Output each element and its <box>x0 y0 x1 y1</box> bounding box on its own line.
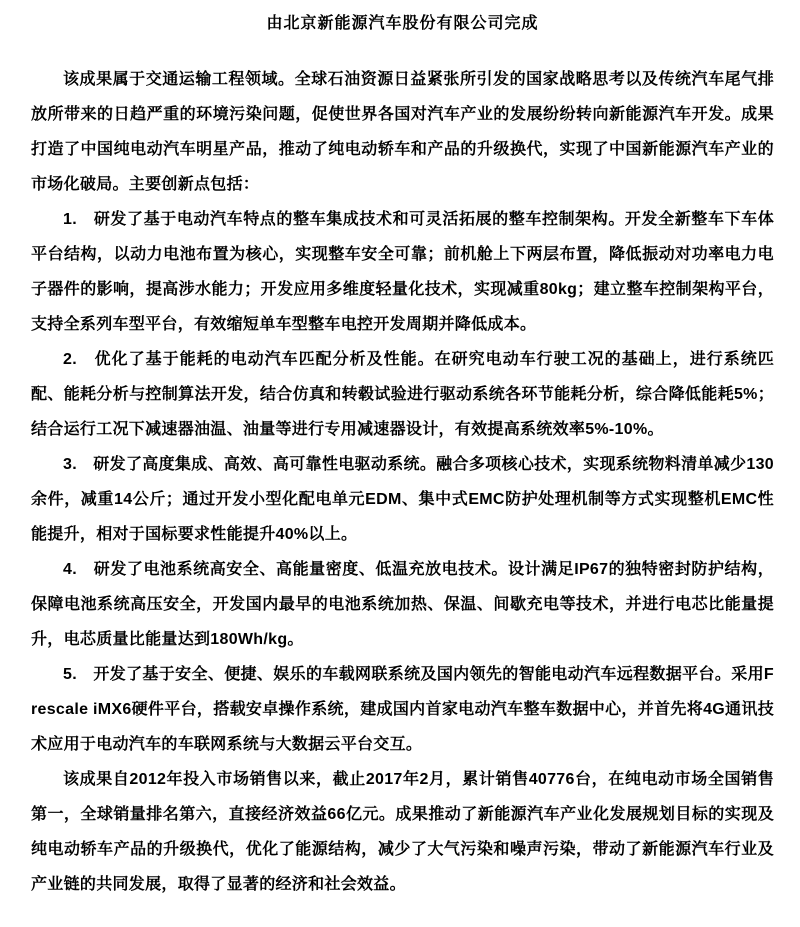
paragraph-conclusion: 该成果自2012年投入市场销售以来，截止2017年2月，累计销售40776台，在… <box>31 762 774 902</box>
paragraph-intro: 该成果属于交通运输工程领域。全球石油资源日益紧张所引发的国家战略思考以及传统汽车… <box>31 62 774 202</box>
paragraph-innovation-5: 5. 开发了基于安全、便捷、娱乐的车载网联系统及国内领先的智能电动汽车远程数据平… <box>31 657 774 762</box>
paragraph-innovation-1: 1. 研发了基于电动汽车特点的整车集成技术和可灵活拓展的整车控制架构。开发全新整… <box>31 202 774 342</box>
document-page: 由北京新能源汽车股份有限公司完成 该成果属于交通运输工程领域。全球石油资源日益紧… <box>0 0 800 927</box>
document-title: 由北京新能源汽车股份有限公司完成 <box>31 12 774 36</box>
paragraph-innovation-4: 4. 研发了电池系统高安全、高能量密度、低温充放电技术。设计满足IP67的独特密… <box>31 552 774 657</box>
paragraph-innovation-2: 2. 优化了基于能耗的电动汽车匹配分析及性能。在研究电动车行驶工况的基础上，进行… <box>31 342 774 447</box>
paragraph-innovation-3: 3. 研发了高度集成、高效、高可靠性电驱动系统。融合多项核心技术，实现系统物料清… <box>31 447 774 552</box>
